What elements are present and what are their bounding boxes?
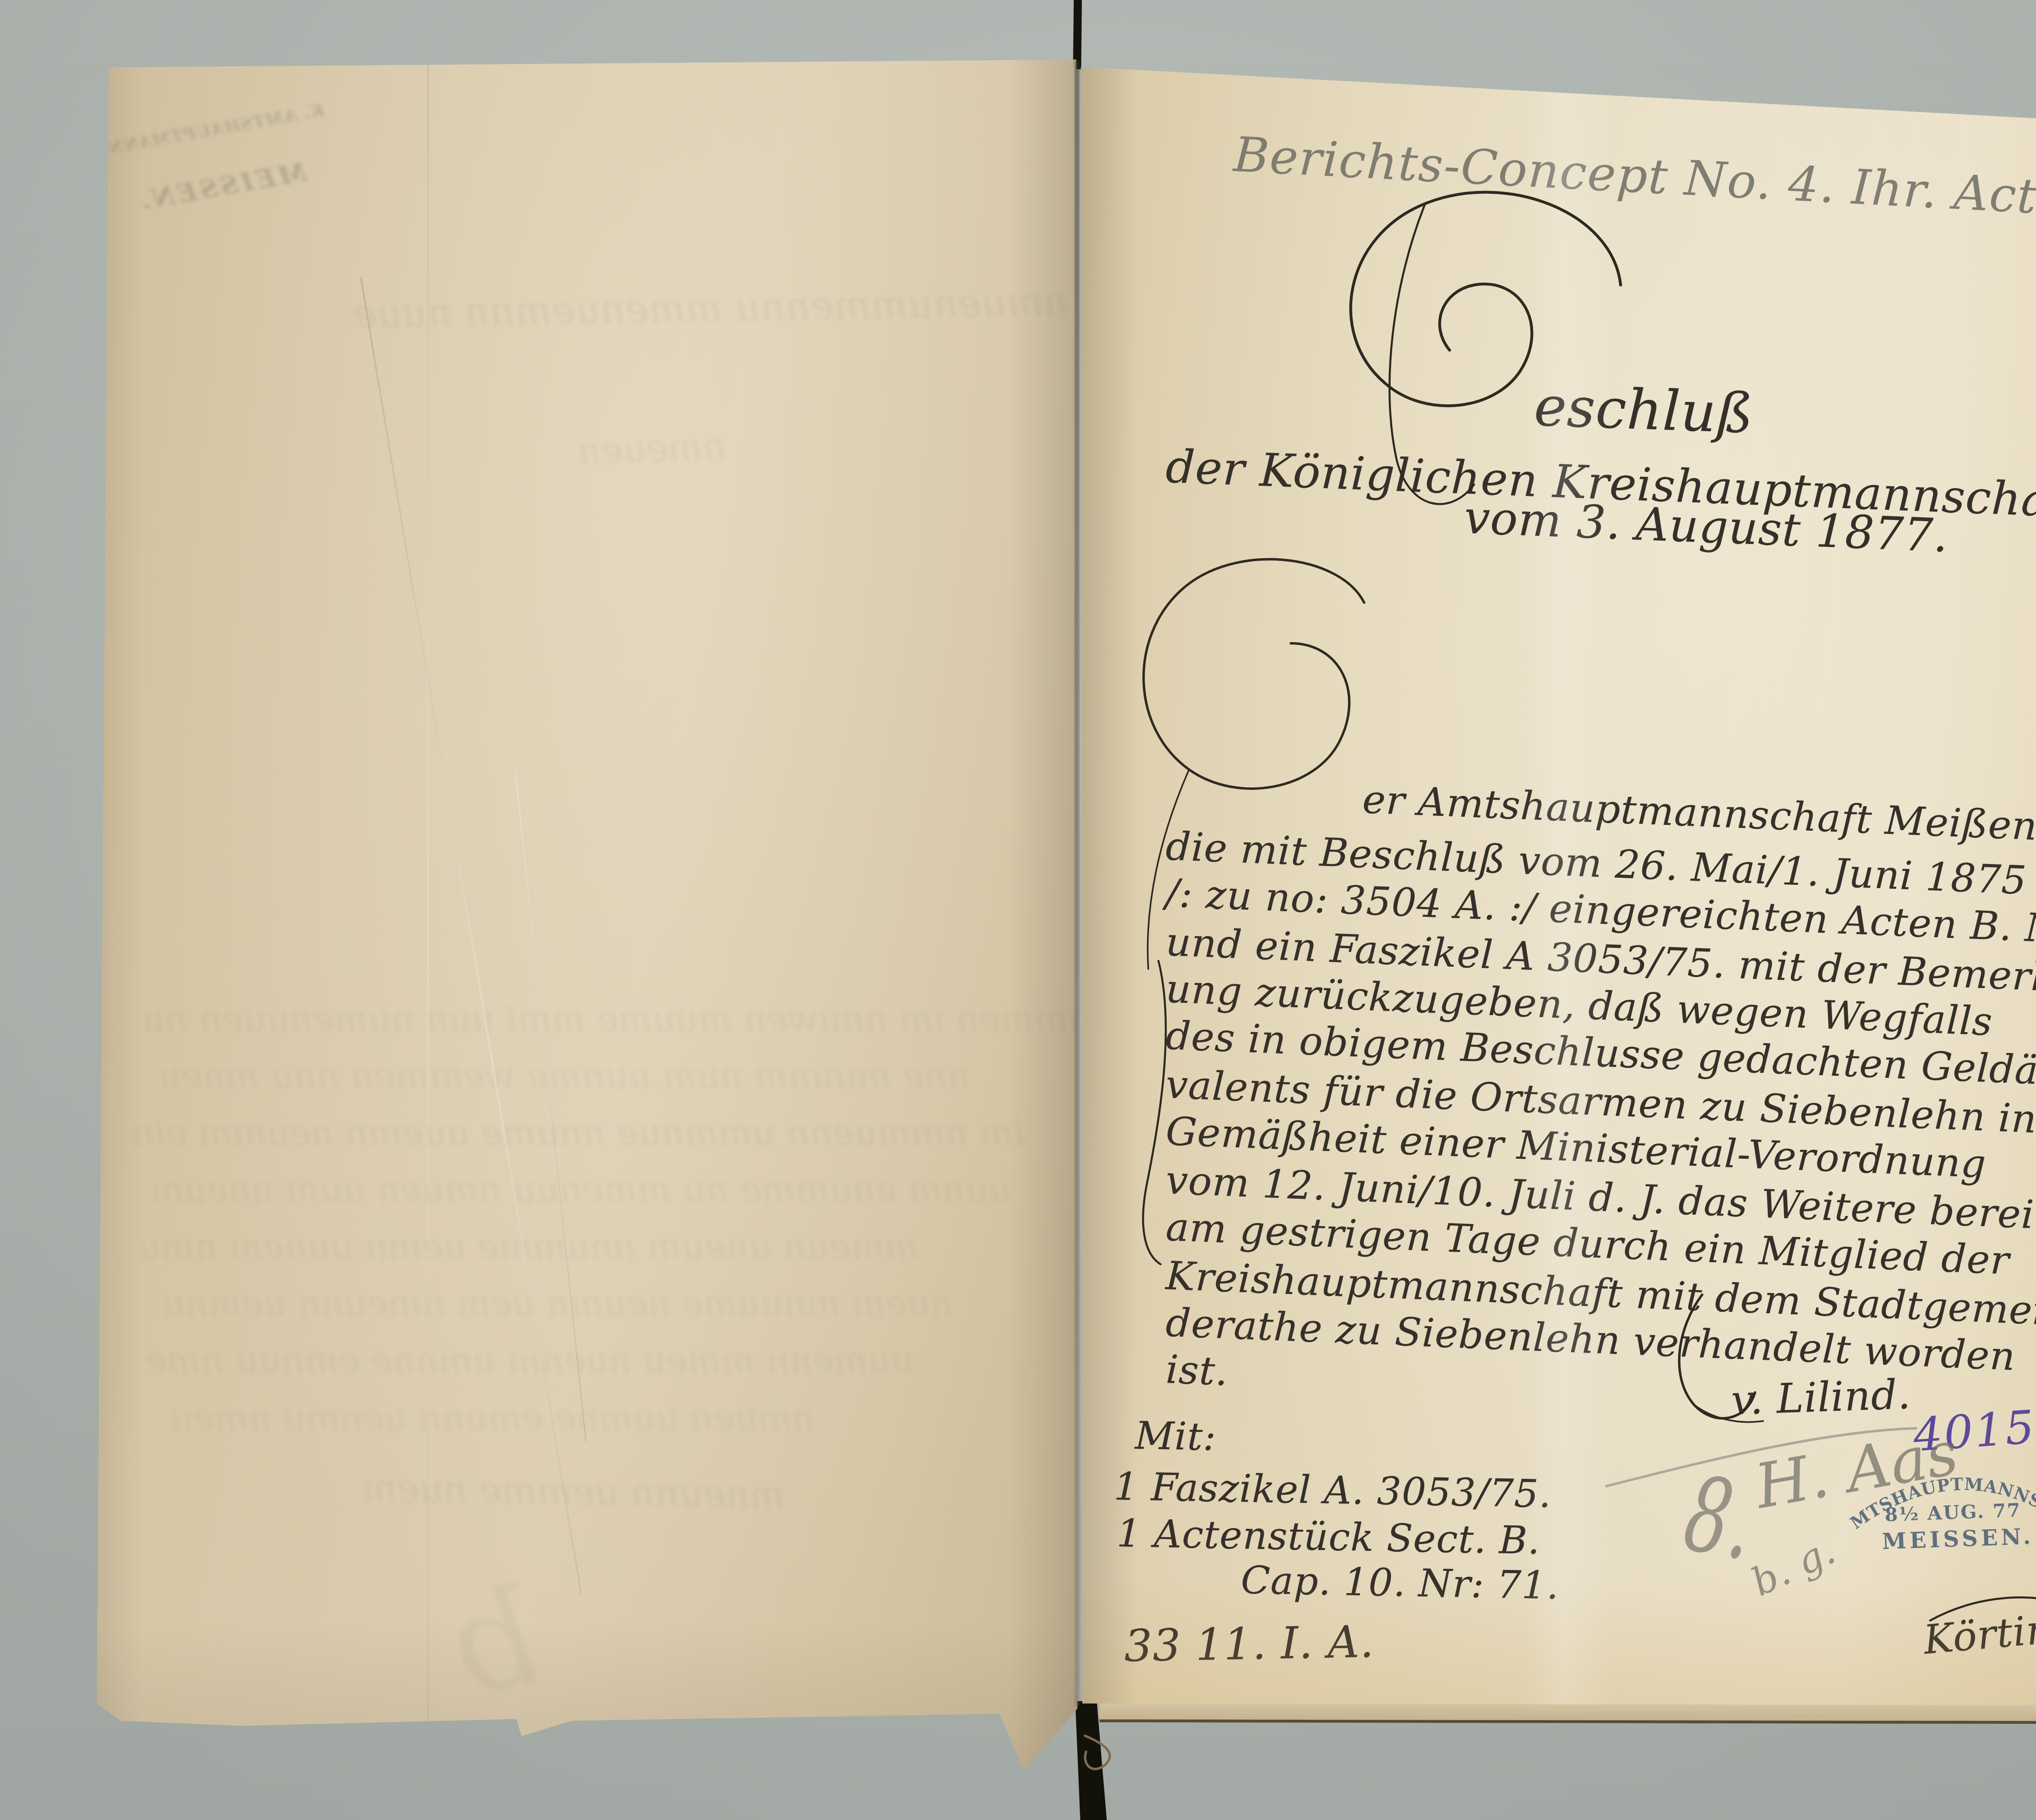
- page-seam-shadow: [1075, 61, 1079, 1706]
- bleedthrough-line: nmuenummennu mmenuemnn nuue: [353, 279, 1069, 337]
- ghost-stamp-place: MEISSEN.: [136, 159, 308, 214]
- enclosure-item: 1 Faszikel A. 3053/75.: [1113, 1468, 1551, 1514]
- enclosure-item: Cap. 10. Nr: 71.: [1240, 1561, 1559, 1605]
- date-stamp: K. AMTSHAUPTMANNSCHAFT 8½ AUG. 77 MEISSE…: [1843, 1445, 2036, 1555]
- bleedthrough-line: uummen im nnuwen muume mmi uun numenuuen…: [142, 998, 1115, 1039]
- left-page: K. AMTSHAUPTMANNSCHAFT MEISSEN. nmuenumm…: [93, 57, 1078, 1779]
- pencil-paraph-number: 8.: [1678, 1462, 1761, 1575]
- bleedthrough-line: uumenn mmeu nuenm umnne emnuu nme: [146, 1340, 914, 1381]
- heading-beschluss-rest: eschluß: [1533, 379, 1754, 441]
- ghost-stamp: K. AMTSHAUPTMANNSCHAFT MEISSEN.: [132, 86, 343, 252]
- bleedthrough-flourish: b: [441, 1558, 548, 1725]
- official-signature: v. Lilind.: [1731, 1374, 1911, 1421]
- bleedthrough-line: nne muunm num uunme wemmen nnu mneu: [158, 1055, 970, 1096]
- bleedthrough-line: nmuen uumne emunn uenmu nmeu: [170, 1397, 815, 1438]
- bleedthrough-line: mmeun uneum nnumme uemn uunem nmu: [138, 1226, 919, 1267]
- pencil-paraph-small: b. g.: [1746, 1531, 1841, 1603]
- under-sheet-edge: [1099, 1703, 2036, 1724]
- docket-number: 33 11. I. A.: [1124, 1620, 1374, 1669]
- binding-strap-top: [1073, 0, 1082, 69]
- right-page: Berichts-Concept No. 4. Ihr. Acten eschl…: [1078, 61, 2036, 1710]
- pencil-annotation: Berichts-Concept No. 4. Ihr. Acten: [1233, 130, 2036, 224]
- stamp-date-text: 8½ AUG. 77: [1884, 1499, 2021, 1526]
- bleedthrough-line: im nmmuenn ummnue nnume uuemn neumm ein: [132, 1112, 1025, 1153]
- bleedthrough-fragment: nmeuen: [577, 425, 727, 473]
- enclosures-label: Mit:: [1134, 1417, 1216, 1456]
- bleedthrough-line: nuem mnuume neumn uem nmeunn uemnu: [162, 1283, 953, 1324]
- clerk-signature: Körting S.: [1922, 1603, 2036, 1660]
- stamp-place-text: MEISSEN.: [1882, 1523, 2034, 1555]
- bleedthrough-fragment-low: mneunn uemme nuem: [361, 1466, 785, 1517]
- bleedthrough-line: uunm enumme nu mmenuu nmuen uum nneum: [150, 1169, 1011, 1210]
- enclosure-item: 1 Actenstück Sect. B.: [1116, 1515, 1540, 1560]
- body-line: ist.: [1165, 1350, 1229, 1391]
